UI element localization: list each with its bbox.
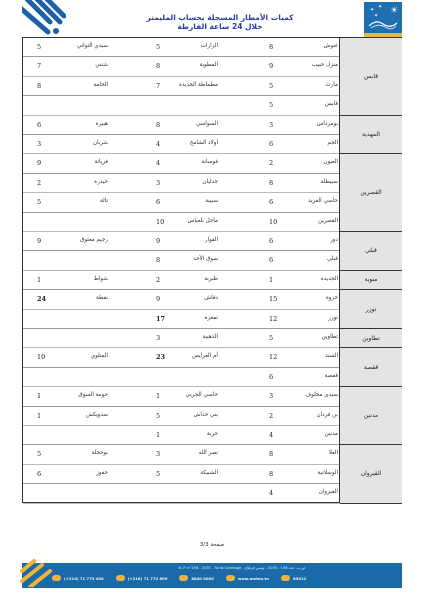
table-row: القصرين10ماجل بلعباس10	[23, 213, 340, 232]
station-name: منزل حبيب	[312, 62, 338, 68]
rainfall-value: 5	[37, 43, 41, 51]
station-name: نفطة	[96, 295, 108, 301]
rainfall-value: 8	[269, 179, 273, 187]
rainfall-rows: غنوش8الزارات5سيدي التواتي5منزل حبيب9المط…	[23, 38, 340, 502]
page-header: كميات الأمطار المسجلة بحساب المليمتر خلا…	[0, 0, 424, 38]
region-cell: منوبة	[340, 271, 402, 290]
table-row: الوسلاتية8الشبيكة5حفوز6	[23, 465, 340, 484]
station-name: الذهيبة	[202, 334, 218, 340]
station-name: القصرين	[318, 218, 338, 224]
page-title: كميات الأمطار المسجلة بحساب المليمتر خلا…	[110, 13, 330, 31]
rainfall-table: غنوش8الزارات5سيدي التواتي5منزل حبيب9المط…	[22, 37, 402, 503]
rainfall-value: 6	[156, 198, 160, 206]
station-name: سبيطلة	[320, 179, 338, 185]
rainfall-value: 3	[156, 334, 160, 342]
table-row: الجم6أولاد الشامخ4شربان3	[23, 135, 340, 154]
rainfall-value: 10	[156, 218, 164, 226]
station-name: المطوية	[199, 62, 218, 68]
table-row: العيون2فوسانة4فريانة9	[23, 154, 340, 173]
station-name: جربة	[207, 431, 218, 437]
table-row: سيدي مخلوف3حاسي الجربي1حومة السوق1	[23, 387, 340, 406]
region-cell: المهدية	[340, 116, 402, 155]
station-name: حيدرة	[94, 179, 108, 185]
rainfall-value: 6	[269, 237, 273, 245]
rainfall-value: 2	[269, 159, 273, 167]
station-name: الحامة	[93, 82, 108, 88]
rainfall-value: 5	[156, 412, 160, 420]
rainfall-value: 2	[156, 276, 160, 284]
contact-text: (+216) 71 772 609	[128, 576, 168, 581]
rainfall-value: 10	[37, 353, 45, 361]
rainfall-value: 8	[269, 43, 273, 51]
rainfall-value: 5	[156, 470, 160, 478]
footer-contact: 8840 0000	[179, 575, 213, 581]
brand-stripes-icon	[22, 0, 66, 36]
footer-contact: www.meteo.tn	[226, 575, 269, 581]
station-name: حزوة	[326, 295, 338, 301]
station-name: تمغزة	[204, 315, 218, 321]
rainfall-value: 4	[156, 159, 160, 167]
page-number: صفحة 3/3	[0, 542, 424, 548]
rainfall-value: 1	[269, 276, 273, 284]
region-cell: قابس	[340, 38, 402, 116]
table-row: مدنين4جربة1	[23, 426, 340, 445]
table-row: تطاوين5الذهيبة3	[23, 329, 340, 348]
table-row: سبيطلة8جدليان3حيدرة2	[23, 174, 340, 193]
station-name: بوحجلة	[92, 450, 108, 456]
station-name: السند	[325, 353, 338, 359]
rainfall-value: 3	[269, 392, 273, 400]
station-name: دوز	[330, 237, 338, 243]
rainfall-value: 10	[269, 218, 277, 226]
station-name: فريانة	[94, 159, 108, 165]
station-name: الوسلاتية	[318, 470, 338, 476]
station-name: توزر	[328, 315, 338, 321]
rainfall-value: 5	[269, 82, 273, 90]
table-row: حاسي الفريد6سبيبة6تالة5	[23, 193, 340, 212]
rainfall-value: 5	[156, 43, 160, 51]
station-name: تطاوين	[322, 334, 338, 340]
table-row: الجديدة1طبربة2شواط1	[23, 271, 340, 290]
station-name: بن قردان	[316, 412, 338, 418]
station-name: شواط	[94, 276, 108, 282]
rainfall-value: 23	[156, 353, 165, 361]
station-name: العلا	[329, 450, 338, 456]
region-column: قابسالمهديةالقصرينقبليمنوبةتوزرتطاوينقفص…	[339, 38, 401, 502]
rainfall-value: 9	[156, 295, 160, 303]
rainfall-value: 5	[269, 101, 273, 109]
rainfall-value: 1	[156, 392, 160, 400]
footer-accent-icon	[20, 557, 60, 587]
station-name: السواسي	[196, 121, 218, 127]
station-name: مدنين	[325, 431, 338, 437]
station-name: مطماطة الجديدة	[179, 82, 218, 88]
rainfall-value: 4	[156, 140, 160, 148]
station-name: دقاش	[204, 295, 218, 301]
rainfall-value: 3	[156, 179, 160, 187]
rainfall-value: 24	[37, 295, 46, 303]
page-footer: B. P. n°156 - 2035 - Tunis Carthage - ص.…	[22, 563, 402, 588]
table-row: بن قردان2بني خداش5سدويكش1	[23, 407, 340, 426]
rainfall-value: 9	[156, 237, 160, 245]
rainfall-value: 1	[37, 276, 41, 284]
station-name: طبربة	[204, 276, 218, 282]
footer-contact: 85012	[281, 575, 306, 581]
contact-text: 8840 0000	[191, 576, 213, 581]
station-name: شربان	[93, 140, 108, 146]
region-cell: توزر	[340, 290, 402, 329]
rainfall-value: 5	[37, 198, 41, 206]
table-row: قبلي6سوق الأحد8	[23, 251, 340, 270]
station-name: رجيم معتوق	[80, 237, 108, 243]
region-cell: تطاوين	[340, 329, 402, 348]
rainfall-value: 5	[37, 450, 41, 458]
rainfall-value: 3	[37, 140, 41, 148]
table-row: توزر12تمغزة17	[23, 310, 340, 329]
station-name: العيون	[323, 159, 338, 165]
table-row: مارث5مطماطة الجديدة7الحامة8	[23, 77, 340, 96]
title-line-1: كميات الأمطار المسجلة بحساب المليمتر	[110, 13, 330, 22]
rainfall-value: 6	[269, 140, 273, 148]
rainfall-value: 5	[269, 334, 273, 342]
station-name: الزارات	[201, 43, 218, 49]
station-name: سوق الأحد	[193, 256, 218, 262]
region-cell: قفصة	[340, 348, 402, 387]
table-row: بومرداس3السواسي8هبيرة6	[23, 116, 340, 135]
rainfall-value: 15	[269, 295, 277, 303]
station-name: سيدي مخلوف	[305, 392, 338, 398]
station-name: حاسي الجربي	[186, 392, 218, 398]
rainfall-value: 8	[156, 62, 160, 70]
station-name: سبيبة	[205, 198, 218, 204]
rainfall-value: 2	[37, 179, 41, 187]
station-name: حفوز	[96, 470, 108, 476]
hotline-icon	[179, 575, 188, 581]
station-name: القوار	[205, 237, 218, 243]
rainfall-value: 6	[37, 470, 41, 478]
region-cell: القصرين	[340, 154, 402, 232]
table-row: غنوش8الزارات5سيدي التواتي5	[23, 38, 340, 57]
sms-icon	[281, 575, 290, 581]
contact-text: (+216) 71 773 400	[64, 576, 104, 581]
station-name: الجم	[327, 140, 338, 146]
station-name: غنوش	[324, 43, 338, 49]
rainfall-value: 12	[269, 353, 277, 361]
rainfall-value: 12	[269, 315, 277, 323]
station-name: ماجل بلعباس	[187, 218, 218, 224]
rainfall-value: 1	[37, 392, 41, 400]
station-name: فوسانة	[201, 159, 218, 165]
rainfall-value: 1	[37, 412, 41, 420]
station-name: أم العرايس	[192, 353, 218, 359]
station-name: حومة السوق	[78, 392, 108, 398]
station-name: بومرداس	[317, 121, 338, 127]
footer-contacts: (+216) 71 773 400(+216) 71 772 6098840 0…	[52, 575, 306, 581]
contact-text: www.meteo.tn	[238, 576, 269, 581]
rainfall-value: 9	[37, 159, 41, 167]
rainfall-value: 6	[269, 373, 273, 381]
footer-address: B. P. n°156 - 2035 - Tunis Carthage - ص.…	[102, 566, 382, 570]
rainfall-value: 7	[156, 82, 160, 90]
rainfall-value: 8	[37, 82, 41, 90]
table-row: قابس5	[23, 96, 340, 115]
rainfall-value: 6	[269, 256, 273, 264]
table-row: منزل حبيب9المطوية8شنني7	[23, 57, 340, 76]
region-cell: قبلي	[340, 232, 402, 271]
station-name: سدويكش	[86, 412, 108, 418]
region-cell: القيروان	[340, 445, 402, 503]
station-name: مارث	[325, 82, 338, 88]
station-name: هبيرة	[96, 121, 108, 127]
table-row: دوز6القوار9رجيم معتوق9	[23, 232, 340, 251]
rainfall-value: 8	[156, 121, 160, 129]
station-name: المتلوي	[91, 353, 108, 359]
rainfall-value: 6	[37, 121, 41, 129]
rainfall-value: 17	[156, 315, 165, 323]
rainfall-value: 3	[269, 121, 273, 129]
rainfall-value: 1	[156, 431, 160, 439]
rainfall-value: 4	[269, 431, 273, 439]
rainfall-value: 9	[269, 62, 273, 70]
rainfall-value: 9	[37, 237, 41, 245]
station-name: جدليان	[202, 179, 218, 185]
rainfall-value: 8	[156, 256, 160, 264]
footer-contact: (+216) 71 773 400	[52, 575, 104, 581]
station-name: الشبيكة	[200, 470, 218, 476]
institute-logo: ✦ ✦ ✦ ☀	[364, 2, 402, 38]
phone-icon	[52, 575, 61, 581]
table-row: قفصة6	[23, 368, 340, 387]
station-name: قفصة	[325, 373, 338, 379]
table-row: العلا8نصر الله3بوحجلة5	[23, 445, 340, 464]
web-icon	[226, 575, 235, 581]
station-name: الجديدة	[321, 276, 338, 282]
region-cell: مدنين	[340, 387, 402, 445]
rainfall-value: 8	[269, 450, 273, 458]
table-row: حزوة15دقاش9نفطة24	[23, 290, 340, 309]
station-name: بني خداش	[194, 412, 218, 418]
station-name: قبلي	[327, 256, 338, 262]
station-name: أولاد الشامخ	[190, 140, 218, 146]
table-row: القيروان4	[23, 484, 340, 503]
station-name: تالة	[100, 198, 108, 204]
rainfall-value: 7	[37, 62, 41, 70]
rainfall-value: 2	[269, 412, 273, 420]
rainfall-value: 6	[269, 198, 273, 206]
station-name: القيروان	[319, 489, 338, 495]
rainfall-value: 4	[269, 489, 273, 497]
table-row: السند12أم العرايس23المتلوي10	[23, 348, 340, 367]
station-name: سيدي التواتي	[77, 43, 108, 49]
rainfall-value: 8	[269, 470, 273, 478]
fax-icon	[116, 575, 125, 581]
footer-contact: (+216) 71 772 609	[116, 575, 168, 581]
title-line-2: خلال 24 ساعة الفارطة	[110, 22, 330, 31]
rainfall-value: 3	[156, 450, 160, 458]
station-name: شنني	[95, 62, 108, 68]
station-name: حاسي الفريد	[308, 198, 338, 204]
station-name: نصر الله	[199, 450, 218, 456]
station-name: قابس	[325, 101, 338, 107]
contact-text: 85012	[293, 576, 306, 581]
